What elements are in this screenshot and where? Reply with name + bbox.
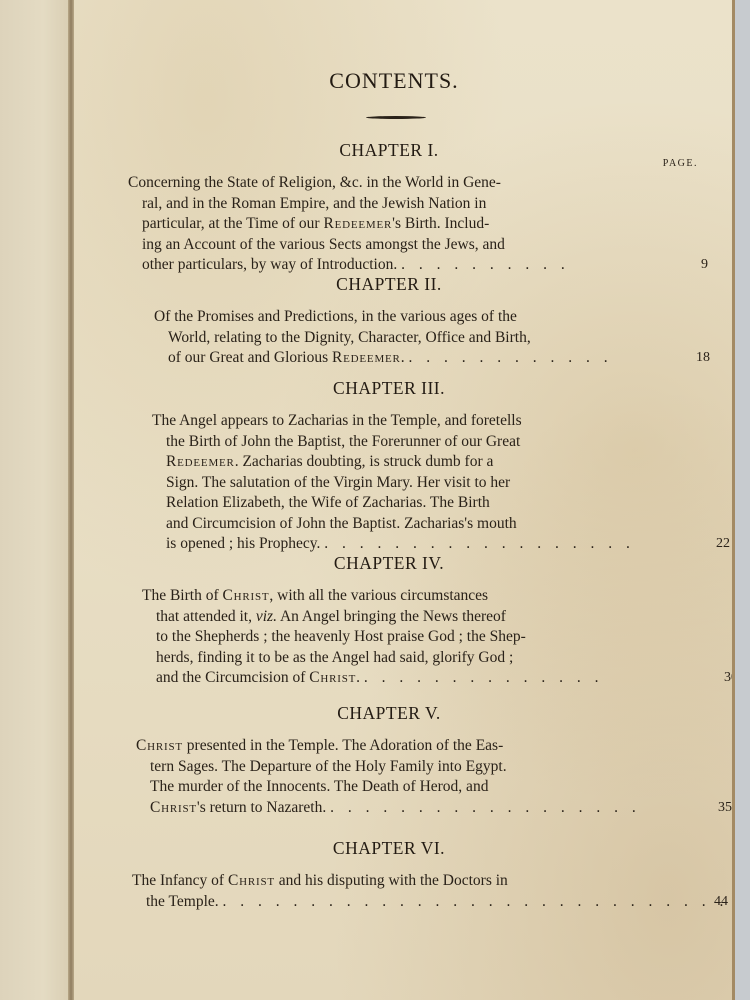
chapter-entry: The Birth of Christ, with all the variou… <box>142 586 738 689</box>
entry-line: Christ presented in the Temple. The Ador… <box>136 736 732 757</box>
chapter-heading: CHAPTER II. <box>74 274 694 295</box>
page-number: 18 <box>696 348 710 369</box>
page-number: 9 <box>701 255 708 276</box>
entry-line: tern Sages. The Departure of the Holy Fa… <box>150 757 732 778</box>
chapter-entry: The Angel appears to Zacharias in the Te… <box>152 411 730 555</box>
dot-leader: . . . . . . . . . . <box>401 256 570 273</box>
page-number: 22 <box>716 534 730 555</box>
entry-line: Christ's return to Nazareth. . . . . . .… <box>150 798 732 819</box>
chapter-5: CHAPTER V. Christ presented in the Templ… <box>74 703 734 818</box>
chapter-4: CHAPTER IV. The Birth of Christ, with al… <box>74 553 734 689</box>
chapter-2: CHAPTER II. Of the Promises and Predicti… <box>74 274 734 369</box>
page-title: CONTENTS. <box>74 68 714 94</box>
entry-line: The murder of the Innocents. The Death o… <box>150 777 732 798</box>
chapter-heading: CHAPTER VI. <box>74 838 694 859</box>
entry-line: other particulars, by way of Introductio… <box>142 255 708 276</box>
chapter-1: CHAPTER I. PAGE. Concerning the State of… <box>74 140 734 276</box>
contents-page: CONTENTS. CHAPTER I. PAGE. Concerning th… <box>74 0 734 1000</box>
chapter-entry: Christ presented in the Temple. The Ador… <box>136 736 732 818</box>
chapter-heading: CHAPTER I. <box>74 140 694 161</box>
entry-line: to the Shepherds ; the heavenly Host pra… <box>156 627 738 648</box>
chapter-entry: The Infancy of Christ and his disputing … <box>132 871 728 912</box>
page-number: 35 <box>718 798 732 819</box>
entry-line: and the Circumcision of Christ. . . . . … <box>156 668 738 689</box>
entry-line: Relation Elizabeth, the Wife of Zacharia… <box>166 493 730 514</box>
entry-line: The Angel appears to Zacharias in the Te… <box>152 411 730 432</box>
dot-leader: . . . . . . . . . . . . <box>408 349 612 366</box>
entry-line: that attended it, viz. An Angel bringing… <box>156 607 738 628</box>
entry-line: is opened ; his Prophecy. . . . . . . . … <box>166 534 730 555</box>
entry-line: of our Great and Glorious Redeemer. . . … <box>168 348 710 369</box>
entry-line: the Birth of John the Baptist, the Forer… <box>166 432 730 453</box>
page-column-label: PAGE. <box>663 158 698 169</box>
chapter-3: CHAPTER III. The Angel appears to Zachar… <box>74 378 734 555</box>
entry-line: Redeemer. Zacharias doubting, is struck … <box>166 452 730 473</box>
chapter-heading: CHAPTER III. <box>74 378 694 399</box>
background-surface <box>735 0 750 1000</box>
entry-line: particular, at the Time of our Redeemer'… <box>142 214 708 235</box>
title-rule <box>366 116 426 119</box>
entry-line: ing an Account of the various Sects amon… <box>142 235 708 256</box>
entry-line: The Infancy of Christ and his disputing … <box>132 871 728 892</box>
entry-line: and Circumcision of John the Baptist. Za… <box>166 514 730 535</box>
entry-line: the Temple. . . . . . . . . . . . . . . … <box>146 892 728 913</box>
chapter-entry: Of the Promises and Predictions, in the … <box>154 307 710 369</box>
page-number: 44 <box>714 892 728 913</box>
chapter-heading: CHAPTER IV. <box>74 553 694 574</box>
entry-line: herds, finding it to be as the Angel had… <box>156 648 738 669</box>
dot-leader: . . . . . . . . . . . . . . . . . . <box>324 535 635 552</box>
entry-line: World, relating to the Dignity, Characte… <box>168 328 710 349</box>
entry-line: The Birth of Christ, with all the variou… <box>142 586 738 607</box>
chapter-6: CHAPTER VI. The Infancy of Christ and hi… <box>74 838 734 912</box>
chapter-heading: CHAPTER V. <box>74 703 694 724</box>
entry-line: Sign. The salutation of the Virgin Mary.… <box>166 473 730 494</box>
entry-line: ral, and in the Roman Empire, and the Je… <box>142 194 708 215</box>
dot-leader: . . . . . . . . . . . . . . <box>364 669 604 686</box>
dot-leader: . . . . . . . . . . . . . . . . . . . . … <box>223 893 747 910</box>
facing-page <box>0 0 72 1000</box>
entry-line: Concerning the State of Religion, &c. in… <box>128 173 708 194</box>
dot-leader: . . . . . . . . . . . . . . . . . . <box>330 799 641 816</box>
entry-line: Of the Promises and Predictions, in the … <box>154 307 710 328</box>
chapter-entry: Concerning the State of Religion, &c. in… <box>128 173 708 276</box>
